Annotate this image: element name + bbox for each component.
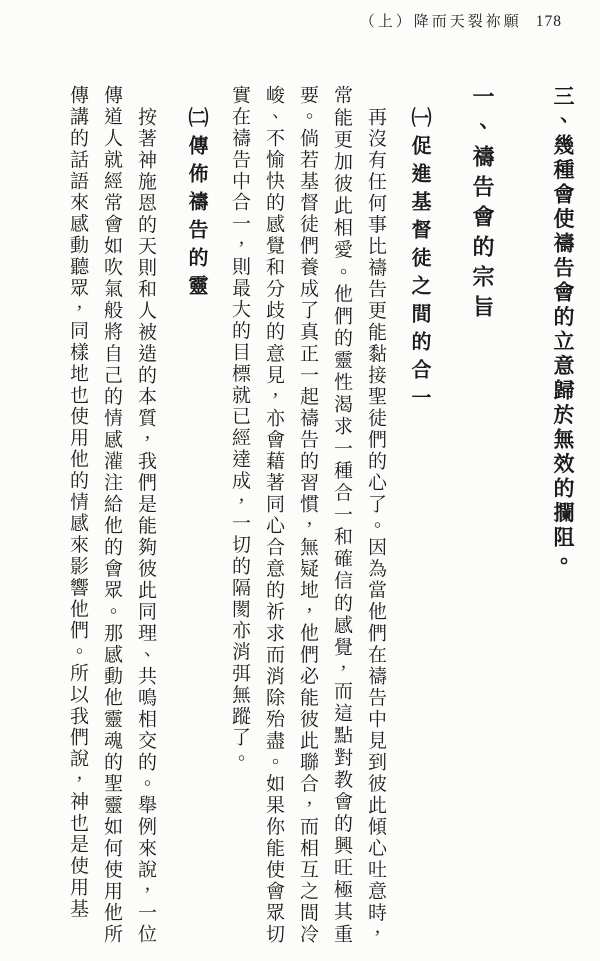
subsection-heading-spirit: ㈡傳佈禱告的靈 bbox=[176, 85, 216, 945]
section-heading-obstacles: 三、幾種會使禱告會的立意歸於無效的攔阻。 bbox=[548, 85, 578, 945]
vertical-text-block: 三、幾種會使禱告會的立意歸於無效的攔阻。 一、禱告會的宗旨 ㈠促進基督徒之間的合… bbox=[60, 85, 578, 945]
paragraph-spirit: 按著神施恩的天則和人被造的本質，我們是能夠彼此同理、共鳴相交的。舉例來說，一位傳… bbox=[60, 85, 162, 945]
page-number: 178 bbox=[536, 13, 562, 31]
paragraph-unity: 再沒有任何事比禱告更能黏接聖徒們的心了。因為當他們在禱告中見到彼此傾心吐意時，常… bbox=[222, 85, 392, 945]
running-head-title: （上）降而天裂祢願 bbox=[360, 10, 522, 31]
section-heading-purpose: 一、禱告會的宗旨 bbox=[464, 85, 500, 945]
subsection-heading-unity: ㈠促進基督徒之間的合一 bbox=[398, 85, 440, 945]
book-page: （上）降而天裂祢願 178 三、幾種會使禱告會的立意歸於無效的攔阻。 一、禱告會… bbox=[0, 0, 600, 961]
running-head: （上）降而天裂祢願 178 bbox=[360, 10, 562, 31]
